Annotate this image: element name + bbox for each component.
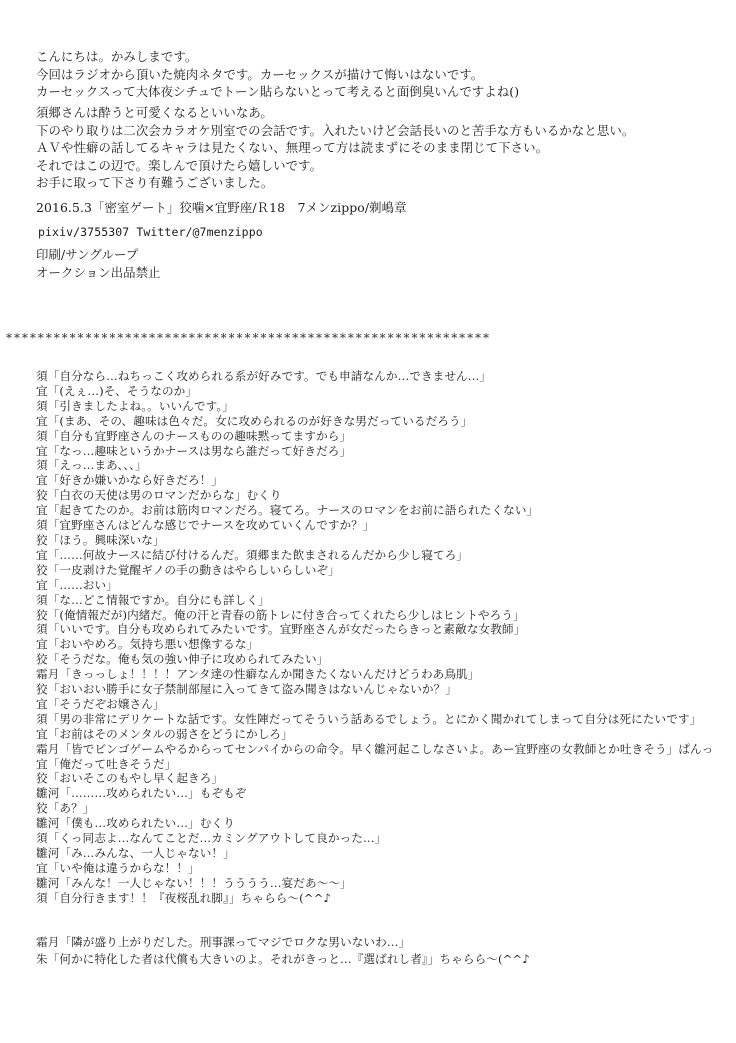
dialogue-line: 須「自分行きます！！『夜桜乱れ脚』」ちゃらら～(^^♪ bbox=[36, 891, 713, 906]
dialogue-line: 須「いいです。自分も攻められてみたいです。宜野座さんが女だったらきっと素敵な女教… bbox=[36, 622, 713, 637]
text-line: お手に取って下さり有難うございました。 bbox=[36, 174, 634, 192]
afterword-page: こんにちは。かみしまです。 今回はラジオから頂いた焼肉ネタです。カーセックスが描… bbox=[0, 0, 736, 1043]
dialogue-line: 須「くっ同志よ…なんてことだ…カミングアウトして良かった…」 bbox=[36, 831, 713, 846]
dialogue-line: 狡「おいそこのもやし早く起きろ」 bbox=[36, 771, 713, 786]
dialogue-line: 狡「(俺情報だが)内緒だ。俺の汗と青春の筋トレに付き合ってくれたら少しはヒントや… bbox=[36, 608, 713, 623]
dialogue-line: 朱「何かに特化した者は代償も大きいのよ。それがきっと…『選ばれし者』」ちゃらら～… bbox=[36, 951, 530, 968]
dialogue-line: 宜「いや俺は違うからな！！」 bbox=[36, 861, 713, 876]
dialogue-line: 宜「(えぇ…)そ、そうなのか」 bbox=[36, 384, 713, 399]
dialogue-line: 宜「起きてたのか。お前は筋肉ロマンだろ。寝てろ。ナースのロマンをお前に語られたく… bbox=[36, 503, 713, 518]
intro-greeting-paragraph: こんにちは。かみしまです。 今回はラジオから頂いた焼肉ネタです。カーセックスが描… bbox=[36, 48, 519, 101]
dialogue-line: 雛河「僕も…攻められたい…」むくり bbox=[36, 816, 713, 831]
karaoke-dialogue: 須「自分なら…ねちっこく攻められる系が好みです。でも申請なんか…できません…」 … bbox=[36, 369, 713, 906]
asterisk-divider: ****************************************… bbox=[6, 330, 730, 346]
text-line: カーセックスって大体夜シチュでトーン貼らないとって考えると面倒臭いんですよね() bbox=[36, 83, 519, 101]
dialogue-line: 狡「あ？」 bbox=[36, 801, 713, 816]
dialogue-line: 須「えっ…まあ、、、」 bbox=[36, 458, 713, 473]
text-line: こんにちは。かみしまです。 bbox=[36, 48, 519, 66]
intro-notes-paragraph: 須郷さんは酔うと可愛くなるといいなあ。 下のやり取りは二次会カラオケ別室での会話… bbox=[36, 104, 634, 192]
dialogue-line: 須「引きましたよね。。いいんです。」 bbox=[36, 399, 713, 414]
colophon-sns-line: pixiv/3755307 Twitter/@7menzippo bbox=[38, 224, 263, 242]
dialogue-line: 霜月「隣が盛り上がりだした。刑事課ってマジでロクな男いないわ…」 bbox=[36, 934, 530, 951]
dialogue-line: 狡「そうだな。俺も気の強い伸子に攻められてみたい」 bbox=[36, 652, 713, 667]
dialogue-line: 雛河「み…みんな、一人じゃない！」 bbox=[36, 846, 713, 861]
colophon-print-info: 印刷/サングループ オークション出品禁止 bbox=[36, 246, 161, 281]
colophon-sns: pixiv/3755307 Twitter/@7menzippo bbox=[38, 224, 263, 242]
dialogue-line: 宜「(まあ、その、趣味は色々だ。女に攻められるのが好きな男だっているだろう」 bbox=[36, 414, 713, 429]
dialogue-line: 須「な…どこ情報ですか。自分にも詳しく」 bbox=[36, 593, 713, 608]
text-line: 須郷さんは酔うと可愛くなるといいなあ。 bbox=[36, 104, 634, 122]
dialogue-line: 須「自分なら…ねちっこく攻められる系が好みです。でも申請なんか…できません…」 bbox=[36, 369, 713, 384]
dialogue-line: 狡「ほう。興味深いな」 bbox=[36, 533, 713, 548]
dialogue-line: 雛河「みんな！一人じゃない！！！うううう…宴だあ～～」 bbox=[36, 876, 713, 891]
text-line: 今回はラジオから頂いた焼肉ネタです。カーセックスが描けて悔いはないです。 bbox=[36, 66, 519, 84]
dialogue-line: 須「自分も宜野座さんのナースものの趣味黙ってますから」 bbox=[36, 429, 713, 444]
dialogue-line: 宜「俺だって吐きそうだ」 bbox=[36, 757, 713, 772]
dialogue-line: 宜「そうだぞお嬢さん」 bbox=[36, 697, 713, 712]
text-line: それではこの辺で。楽しんで頂けたら嬉しいです。 bbox=[36, 157, 634, 175]
dialogue-line: 須「男の非常にデリケートな話です。女性陣だってそういう話あるでしょう。とにかく聞… bbox=[36, 712, 713, 727]
dialogue-line: 霜月「皆でビンゴゲームやるからってセンパイからの命令。早く雛河起こしなさいよ。あ… bbox=[36, 742, 713, 757]
dialogue-line: 狡「おいおい勝手に女子禁制部屋に入ってきて盗み聞きはないんじゃないか？」 bbox=[36, 682, 713, 697]
dialogue-line: 宜「好きか嫌いかなら好きだろ！」 bbox=[36, 473, 713, 488]
colophon-printer: 印刷/サングループ bbox=[36, 246, 161, 264]
dialogue-line: 須「宜野座さんはどんな感じでナースを攻めていくんですか？」 bbox=[36, 518, 713, 533]
dialogue-line: 宜「……何故ナースに結び付けるんだ。須郷また飲まされるんだから少し寝てろ」 bbox=[36, 548, 713, 563]
dialogue-line: 霜月「きっっしょ！！！！アンタ達の性癖なんか聞きたくないんだけどうわあ鳥肌」 bbox=[36, 667, 713, 682]
dialogue-line: 宜「おいやめろ。気持ち悪い想像するな」 bbox=[36, 637, 713, 652]
colophon-auction-notice: オークション出品禁止 bbox=[36, 264, 161, 282]
dialogue-line: 宜「お前はそのメンタルの弱さをどうにかしろ」 bbox=[36, 727, 713, 742]
text-line: ＡＶや性癖の話してるキャラは見たくない、無理って方は読まずにそのまま閉じて下さい… bbox=[36, 139, 634, 157]
dialogue-line: 宜「……おい」 bbox=[36, 578, 713, 593]
dialogue-line: 雛河「………攻められたい…」もぞもぞ bbox=[36, 786, 713, 801]
colophon-date: 2016.5.3「密室ゲート」狡噛×宜野座/Ｒ18 7メンzippo/剃嶋章 bbox=[36, 199, 407, 217]
epilogue-dialogue: 霜月「隣が盛り上がりだした。刑事課ってマジでロクな男いないわ…」 朱「何かに特化… bbox=[36, 934, 530, 968]
dialogue-line: 宜「なっ…趣味というかナースは男なら誰だって好きだろ」 bbox=[36, 444, 713, 459]
colophon-event-line: 2016.5.3「密室ゲート」狡噛×宜野座/Ｒ18 7メンzippo/剃嶋章 bbox=[36, 199, 407, 217]
dialogue-line: 狡「一皮剥けた覚醒ギノの手の動きはやらしいらしいぞ」 bbox=[36, 563, 713, 578]
dialogue-line: 狡「白衣の天使は男のロマンだからな」むくり bbox=[36, 488, 713, 503]
text-line: 下のやり取りは二次会カラオケ別室での会話です。入れたいけど会話長いのと苦手な方も… bbox=[36, 122, 634, 140]
